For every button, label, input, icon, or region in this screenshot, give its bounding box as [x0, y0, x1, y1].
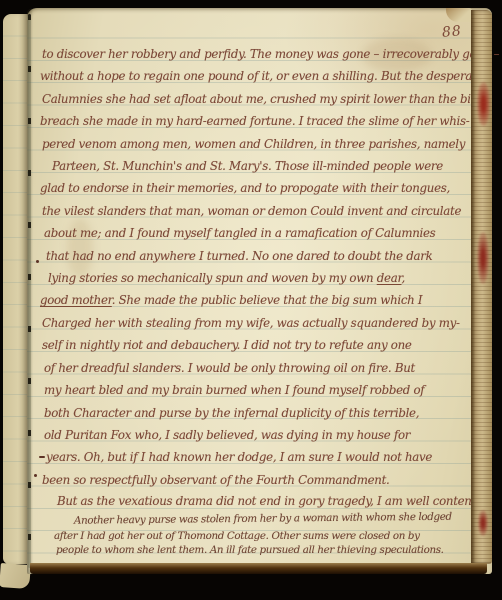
handwriting-line: years. Oh, but if I had known her dodge,…	[40, 446, 465, 468]
handwriting-line: glad to endorse in their memories, and t…	[40, 177, 465, 199]
handwriting-line: the vilest slanders that man, woman or d…	[40, 200, 465, 222]
handwriting-line: both Character and purse by the infernal…	[40, 402, 465, 424]
binding-stitches	[28, 14, 31, 568]
manuscript-text: to discover her robbery and perfidy. The…	[40, 43, 465, 558]
manuscript-photo-background: { "colors": { "ink": "#7b4737", "paper":…	[0, 0, 502, 600]
handwriting-line: to discover her robbery and perfidy. The…	[40, 43, 465, 65]
handwriting-segment: . She made the public believe that the b…	[112, 293, 423, 307]
underlined-word: dear	[377, 271, 402, 285]
handwriting-segment: Calumnies she had set afloat about me, c…	[42, 92, 478, 106]
handwriting-line: about me; and I found myself tangled in …	[40, 222, 465, 244]
handwriting-line: lying stories so mechanically spun and w…	[40, 267, 465, 289]
handwriting-segment: glad to endorse in their memories, and t…	[40, 181, 450, 195]
page-corner-fold	[446, 8, 472, 22]
photograph-of-manuscript: 88 to discover her robbery and perfidy. …	[0, 0, 502, 600]
handwriting-segment: the vilest slanders that man, woman or d…	[42, 204, 461, 218]
handwriting-segment: Charged her with stealing from my wife, …	[42, 316, 460, 330]
manuscript-page: 88 to discover her robbery and perfidy. …	[27, 8, 492, 574]
handwriting-line: Charged her with stealing from my wife, …	[40, 312, 465, 334]
red-edge-paint	[477, 232, 489, 284]
handwriting-line: after I had got her out of Thomond Cotta…	[40, 529, 465, 544]
handwriting-segment: about me; and I found myself tangled in …	[44, 226, 435, 240]
page-number: 88	[442, 23, 463, 41]
handwriting-line: been so respectfully observant of the Fo…	[40, 469, 465, 491]
handwriting-segment: been so respectfully observant of the Fo…	[42, 473, 389, 487]
handwriting-line: breach she made in my hard-earned fortun…	[40, 110, 465, 132]
handwriting-line: self in nightly riot and debauchery. I d…	[40, 334, 465, 356]
handwriting-segment: my heart bled and my brain burned when I…	[44, 383, 424, 397]
handwriting-segment: old Puritan Fox who, I sadly believed, w…	[44, 428, 410, 442]
handwriting-line: that had no end anywhere I turned. No on…	[40, 245, 465, 267]
handwriting-segment: of her dreadful slanders. I would be onl…	[44, 361, 415, 375]
facing-page-sliver	[3, 14, 30, 564]
red-edge-paint	[478, 510, 488, 536]
handwriting-segment: self in nightly riot and debauchery. I d…	[42, 338, 412, 352]
handwriting-segment: years. Oh, but if I had known her dodge,…	[46, 450, 432, 464]
handwriting-segment: after I had got her out of Thomond Cotta…	[54, 530, 420, 542]
handwriting-line: my heart bled and my brain burned when I…	[40, 379, 465, 401]
page-edges	[471, 10, 492, 564]
page-bottom-edge	[30, 563, 487, 574]
handwriting-segment: ,	[402, 271, 405, 285]
handwriting-segment: people to whom she lent them. An ill fat…	[56, 544, 444, 556]
handwriting-line: of her dreadful slanders. I would be onl…	[40, 357, 465, 379]
handwriting-line: Calumnies she had set afloat about me, c…	[40, 88, 465, 110]
handwriting-segment: without a hope to regain one pound of it…	[40, 69, 483, 83]
handwriting-segment: to discover her robbery and perfidy. The…	[42, 47, 499, 61]
handwriting-line: Another heavy purse was stolen from her …	[40, 510, 465, 529]
handwriting-line: people to whom she lent them. An ill fat…	[40, 543, 465, 558]
ink-speck	[36, 260, 39, 263]
underlined-word: good mother	[40, 293, 112, 307]
handwriting-line: Parteen, St. Munchin's and St. Mary's. T…	[40, 155, 465, 177]
handwriting-line: without a hope to regain one pound of it…	[40, 65, 465, 87]
handwriting-segment: Parteen, St. Munchin's and St. Mary's. T…	[52, 159, 443, 173]
handwriting-line: old Puritan Fox who, I sadly believed, w…	[40, 424, 465, 446]
handwriting-segment: that had no end anywhere I turned. No on…	[46, 249, 432, 263]
handwriting-segment: pered venom among men, women and Childre…	[42, 137, 465, 151]
handwriting-segment: But as the vexatious drama did not end i…	[57, 494, 480, 508]
handwriting-line: good mother. She made the public believe…	[40, 289, 465, 311]
handwriting-segment: breach she made in my hard-earned fortun…	[40, 114, 469, 128]
ink-speck	[34, 474, 37, 477]
handwriting-segment: lying stories so mechanically spun and w…	[48, 271, 377, 285]
handwriting-segment: both Character and purse by the infernal…	[44, 406, 419, 420]
handwriting-line: But as the vexatious drama did not end i…	[40, 491, 465, 511]
handwriting-segment: Another heavy purse was stolen from her …	[74, 511, 452, 527]
handwriting-line: pered venom among men, women and Childre…	[40, 133, 465, 155]
red-edge-paint	[477, 82, 490, 126]
